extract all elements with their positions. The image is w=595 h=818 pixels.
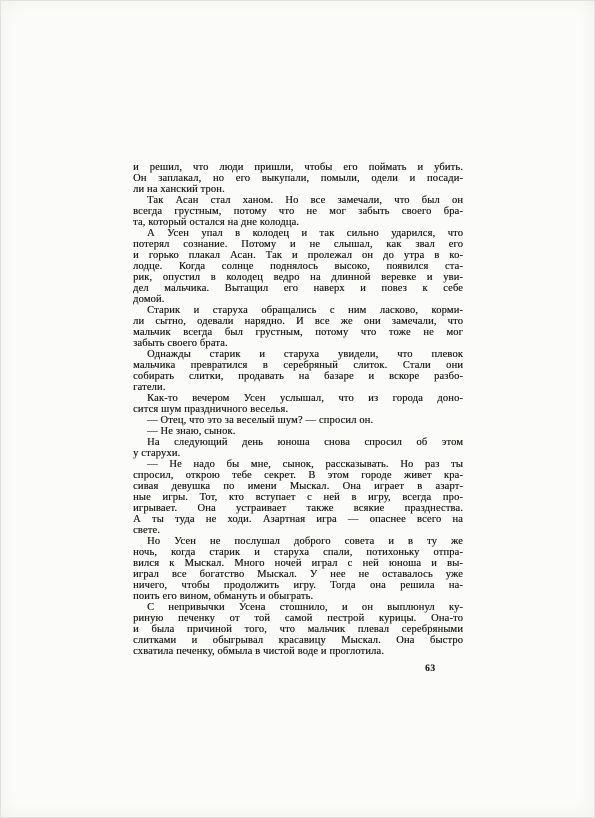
text-line: С непривычки Усена стошнило, и он выплюн…	[133, 602, 463, 613]
text-line: забыть своего брата.	[133, 338, 463, 349]
text-line: дел мальчика. Вытащил его наверх и повез…	[133, 283, 463, 294]
paragraph: Старик и старуха обращались с ним ласков…	[133, 305, 463, 349]
text-line: слитками и обыгрывал красавицу Мыскал. О…	[133, 635, 463, 646]
paragraph: Но Усен не послушал доброго совета и в т…	[133, 536, 463, 602]
text-line: спросил, открою тебе секрет. В этом горо…	[133, 470, 463, 481]
text-line: играл все богатство Мыскал. У нее не ост…	[133, 569, 463, 580]
text-line: и была причиной того, что мальчик плевал…	[133, 624, 463, 635]
paragraph: Как-то вечером Усен услышал, что из горо…	[133, 393, 463, 415]
paragraph: — Отец, что это за веселый шум? — спроси…	[133, 415, 463, 426]
text-line: поить его вином, обмануть и обыграть.	[133, 591, 463, 602]
text-line: Он заплакал, но его выкупали, помыли, од…	[133, 173, 463, 184]
text-line: ли сытно, одевали нарядно. И все же они …	[133, 316, 463, 327]
text-line: риную печенку от той самой пестрой куриц…	[133, 613, 463, 624]
page-text-block: и решил, что люди пришли, чтобы его пойм…	[133, 162, 463, 657]
text-line: сивая девушка по имени Мыскал. Она играе…	[133, 481, 463, 492]
scanned-book-page: и решил, что люди пришли, чтобы его пойм…	[0, 0, 595, 818]
text-line: Однажды старик и старуха увидели, что пл…	[133, 349, 463, 360]
text-line: свете.	[133, 525, 463, 536]
text-line: лодце. Когда солнце поднялось высоко, по…	[133, 261, 463, 272]
paragraph: — Не надо бы мне, сынок, рассказывать. Н…	[133, 459, 463, 536]
text-line: ные игры. Тот, кто вступает с ней в игру…	[133, 492, 463, 503]
paragraph: А Усен упал в колодец и так сильно удари…	[133, 228, 463, 305]
paragraph: Однажды старик и старуха увидели, что пл…	[133, 349, 463, 393]
text-line: у старухи.	[133, 448, 463, 459]
text-line: А Усен упал в колодец и так сильно удари…	[133, 228, 463, 239]
text-line: Так Асан стал ханом. Но все замечали, чт…	[133, 195, 463, 206]
page-number: 63	[425, 664, 436, 674]
text-line: — Не надо бы мне, сынок, рассказывать. Н…	[133, 459, 463, 470]
text-line: Как-то вечером Усен услышал, что из горо…	[133, 393, 463, 404]
text-line: ничего, чтобы продолжить игру. Тогда она…	[133, 580, 463, 591]
text-line: схватила печенку, обмыла в чистой воде и…	[133, 646, 463, 657]
text-line: мальчика превратился в серебряный слиток…	[133, 360, 463, 371]
text-line: собирать слитки, продавать на базаре и в…	[133, 371, 463, 382]
text-line: — Не знаю, сынок.	[133, 426, 463, 437]
text-line: мальчик всегда был грустным, потому что …	[133, 327, 463, 338]
text-line: — Отец, что это за веселый шум? — спроси…	[133, 415, 463, 426]
text-line: та, который остался на дне колодца.	[133, 217, 463, 228]
text-line: А ты туда не ходи. Азартная игра — опасн…	[133, 514, 463, 525]
paragraph: и решил, что люди пришли, чтобы его пойм…	[133, 162, 463, 195]
text-line: вился к Мыскал. Много ночей играл с ней …	[133, 558, 463, 569]
text-line: всегда грустным, потому что не мог забыт…	[133, 206, 463, 217]
paragraph: С непривычки Усена стошнило, и он выплюн…	[133, 602, 463, 657]
text-line: ночь, когда старик и старуха спали, поти…	[133, 547, 463, 558]
paragraph: — Не знаю, сынок.	[133, 426, 463, 437]
text-line: Старик и старуха обращались с ним ласков…	[133, 305, 463, 316]
text-line: потерял сознание. Потому и не слышал, ка…	[133, 239, 463, 250]
text-line: и горько плакал Асан. Так и пролежал он …	[133, 250, 463, 261]
text-line: игрывает. Она устраивает также всякие пр…	[133, 503, 463, 514]
text-line: сится шум праздничного веселья.	[133, 404, 463, 415]
text-line: ли на ханский трон.	[133, 184, 463, 195]
text-line: домой.	[133, 294, 463, 305]
paragraph: На следующий день юноша снова спросил об…	[133, 437, 463, 459]
paragraph: Так Асан стал ханом. Но все замечали, чт…	[133, 195, 463, 228]
text-line: гатели.	[133, 382, 463, 393]
text-line: На следующий день юноша снова спросил об…	[133, 437, 463, 448]
text-line: Но Усен не послушал доброго совета и в т…	[133, 536, 463, 547]
text-line: и решил, что люди пришли, чтобы его пойм…	[133, 162, 463, 173]
text-line: рик, опустил в колодец ведро на длинной …	[133, 272, 463, 283]
